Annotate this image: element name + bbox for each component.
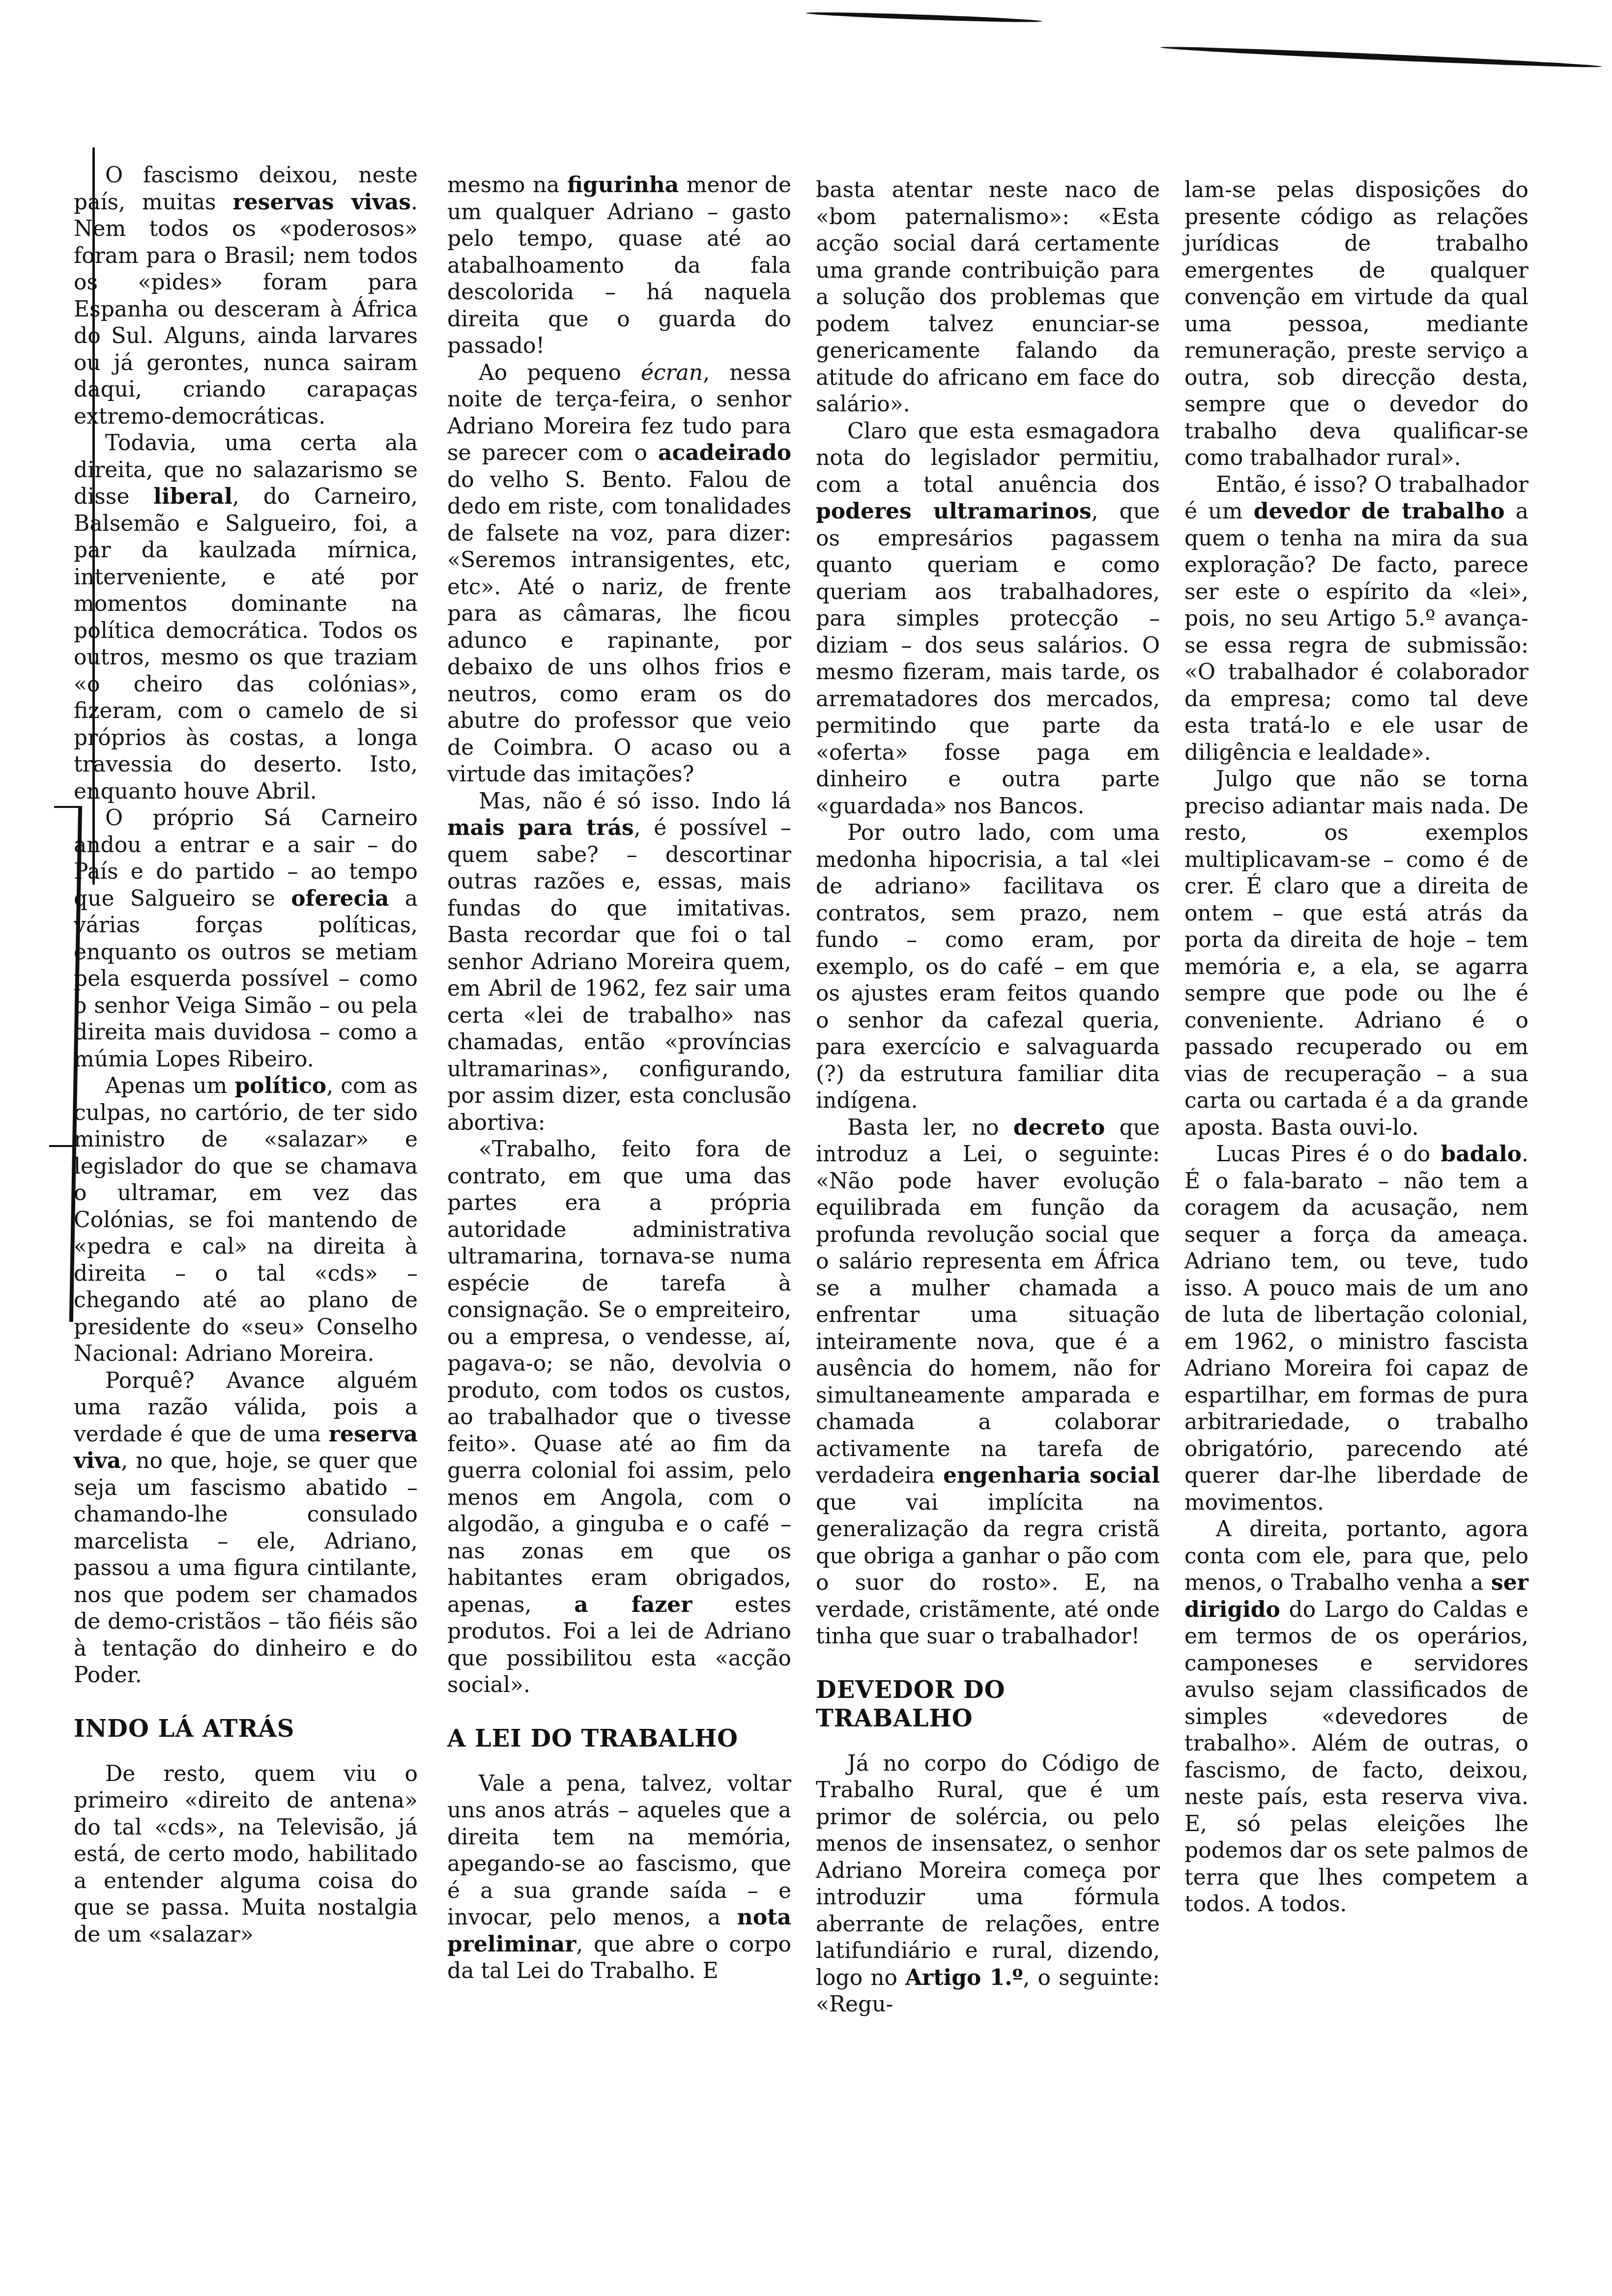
bold-emphasis: reservas vivas bbox=[233, 190, 411, 215]
text-run: Ao pequeno bbox=[479, 360, 641, 385]
bold-emphasis: mais para trás bbox=[447, 815, 634, 840]
article-column-1: O fascismo deixou, neste país, muitas re… bbox=[74, 162, 418, 1948]
article-paragraph: Todavia, uma certa ala direita, que no s… bbox=[74, 430, 418, 805]
newspaper-page: O fascismo deixou, neste país, muitas re… bbox=[0, 0, 1612, 2296]
text-run: Basta ler, no bbox=[847, 1115, 1013, 1140]
bold-emphasis: Artigo 1.º bbox=[905, 1965, 1023, 1990]
text-run: Claro que esta esmagadora nota do legisl… bbox=[816, 419, 1160, 497]
article-paragraph: Mas, não é só isso. Indo lá mais para tr… bbox=[447, 788, 791, 1137]
text-run: De resto, quem viu o primeiro «direito d… bbox=[74, 1761, 418, 1947]
text-run: basta atentar neste naco de «bom paterna… bbox=[816, 177, 1160, 417]
article-column-3: basta atentar neste naco de «bom paterna… bbox=[816, 177, 1160, 2018]
text-run: Mas, não é só isso. Indo lá bbox=[479, 789, 791, 814]
article-paragraph: Julgo que não se torna preciso adiantar … bbox=[1184, 766, 1528, 1141]
article-paragraph: Apenas um político, com as culpas, no ca… bbox=[74, 1073, 418, 1368]
text-run: lam-se pelas disposições do presente cód… bbox=[1184, 177, 1528, 470]
text-run: , que os empresários pagassem quanto que… bbox=[816, 499, 1160, 819]
bold-emphasis: a fazer bbox=[574, 1592, 692, 1617]
section-heading: A LEI DO TRABALHO bbox=[447, 1724, 791, 1753]
article-paragraph: Porquê? Avance alguém uma razão válida, … bbox=[74, 1368, 418, 1689]
text-run: , com as culpas, no cartório, de ter sid… bbox=[74, 1073, 418, 1366]
bold-emphasis: liberal bbox=[153, 484, 232, 509]
text-run: menor de um qualquer Adriano – gasto pel… bbox=[447, 172, 791, 358]
bold-emphasis: oferecia bbox=[291, 886, 389, 911]
text-run: A direita, portanto, agora conta com ele… bbox=[1184, 1517, 1528, 1595]
bold-emphasis: decreto bbox=[1013, 1115, 1105, 1140]
text-run: «Trabalho, feito fora de contrato, em qu… bbox=[447, 1137, 791, 1617]
bold-emphasis: acadeirado bbox=[658, 440, 791, 465]
text-run: Por outro lado, com uma medonha hipocris… bbox=[816, 820, 1160, 1113]
article-paragraph: Claro que esta esmagadora nota do legisl… bbox=[816, 418, 1160, 820]
text-run: Lucas Pires é o do bbox=[1216, 1142, 1440, 1167]
section-heading: DEVEDOR DO TRABALHO bbox=[816, 1676, 1160, 1733]
article-paragraph: O fascismo deixou, neste país, muitas re… bbox=[74, 162, 418, 430]
article-column-2: mesmo na figurinha menor de um qualquer … bbox=[447, 172, 791, 1985]
scan-smudge bbox=[1160, 44, 1602, 69]
section-heading: INDO LÁ ATRÁS bbox=[74, 1715, 418, 1743]
bold-emphasis: engenharia social bbox=[943, 1463, 1160, 1488]
article-paragraph: Ao pequeno écran, nessa noite de terça-f… bbox=[447, 360, 791, 788]
article-paragraph: mesmo na figurinha menor de um qualquer … bbox=[447, 172, 791, 360]
article-paragraph: A direita, portanto, agora conta com ele… bbox=[1184, 1516, 1528, 1918]
article-paragraph: Lucas Pires é o do badalo. É o fala-bara… bbox=[1184, 1141, 1528, 1516]
text-run: mesmo na bbox=[447, 172, 567, 198]
text-run: . É o fala-barato – não tem a coragem da… bbox=[1184, 1142, 1528, 1515]
text-run: , no que, hoje, se quer que seja um fasc… bbox=[74, 1448, 418, 1688]
article-paragraph: O próprio Sá Carneiro andou a entrar e a… bbox=[74, 805, 418, 1073]
article-paragraph: basta atentar neste naco de «bom paterna… bbox=[816, 177, 1160, 418]
text-run: do velho S. Bento. Falou de dedo em rist… bbox=[447, 467, 791, 787]
text-run: Apenas um bbox=[105, 1073, 234, 1098]
text-run: que vai implícita na generalização da re… bbox=[816, 1490, 1160, 1649]
bold-emphasis: devedor de trabalho bbox=[1254, 499, 1505, 524]
italic-emphasis: écran bbox=[641, 360, 703, 385]
article-paragraph: De resto, quem viu o primeiro «direito d… bbox=[74, 1761, 418, 1949]
article-paragraph: Já no corpo do Código de Trabalho Rural,… bbox=[816, 1751, 1160, 2018]
article-paragraph: «Trabalho, feito fora de contrato, em qu… bbox=[447, 1136, 791, 1699]
article-paragraph: Então, é isso? O trabalhador é um devedo… bbox=[1184, 472, 1528, 767]
article-paragraph: Basta ler, no decreto que introduz a Lei… bbox=[816, 1115, 1160, 1650]
text-run: do Largo do Caldas e em termos de os ope… bbox=[1184, 1597, 1528, 1917]
bold-emphasis: político bbox=[234, 1073, 326, 1098]
scan-smudge bbox=[806, 11, 1042, 24]
text-run: a várias forças políticas, enquanto os o… bbox=[74, 886, 418, 1072]
bold-emphasis: badalo bbox=[1440, 1142, 1522, 1167]
bold-emphasis: poderes ultramarinos bbox=[816, 499, 1092, 524]
text-run: , do Carneiro, Balsemão e Salgueiro, foi… bbox=[74, 484, 418, 804]
text-run: . Nem todos os «poderosos» foram para o … bbox=[74, 190, 418, 429]
bold-emphasis: figurinha bbox=[567, 172, 679, 198]
text-run: Já no corpo do Código de Trabalho Rural,… bbox=[816, 1751, 1160, 1990]
article-column-4: lam-se pelas disposições do presente cód… bbox=[1184, 177, 1528, 1918]
margin-tick bbox=[49, 1145, 74, 1147]
text-run: Julgo que não se torna preciso adiantar … bbox=[1184, 767, 1528, 1140]
article-paragraph: Por outro lado, com uma medonha hipocris… bbox=[816, 820, 1160, 1115]
text-run: , é possível – quem sabe? – descortinar … bbox=[447, 815, 791, 1135]
article-paragraph: lam-se pelas disposições do presente cód… bbox=[1184, 177, 1528, 472]
article-paragraph: Vale a pena, talvez, voltar uns anos atr… bbox=[447, 1771, 791, 1985]
text-run: a quem o tenha na mira da sua exploração… bbox=[1184, 499, 1528, 765]
text-run: que introduz a Lei, o seguinte: «Não pod… bbox=[816, 1115, 1160, 1489]
